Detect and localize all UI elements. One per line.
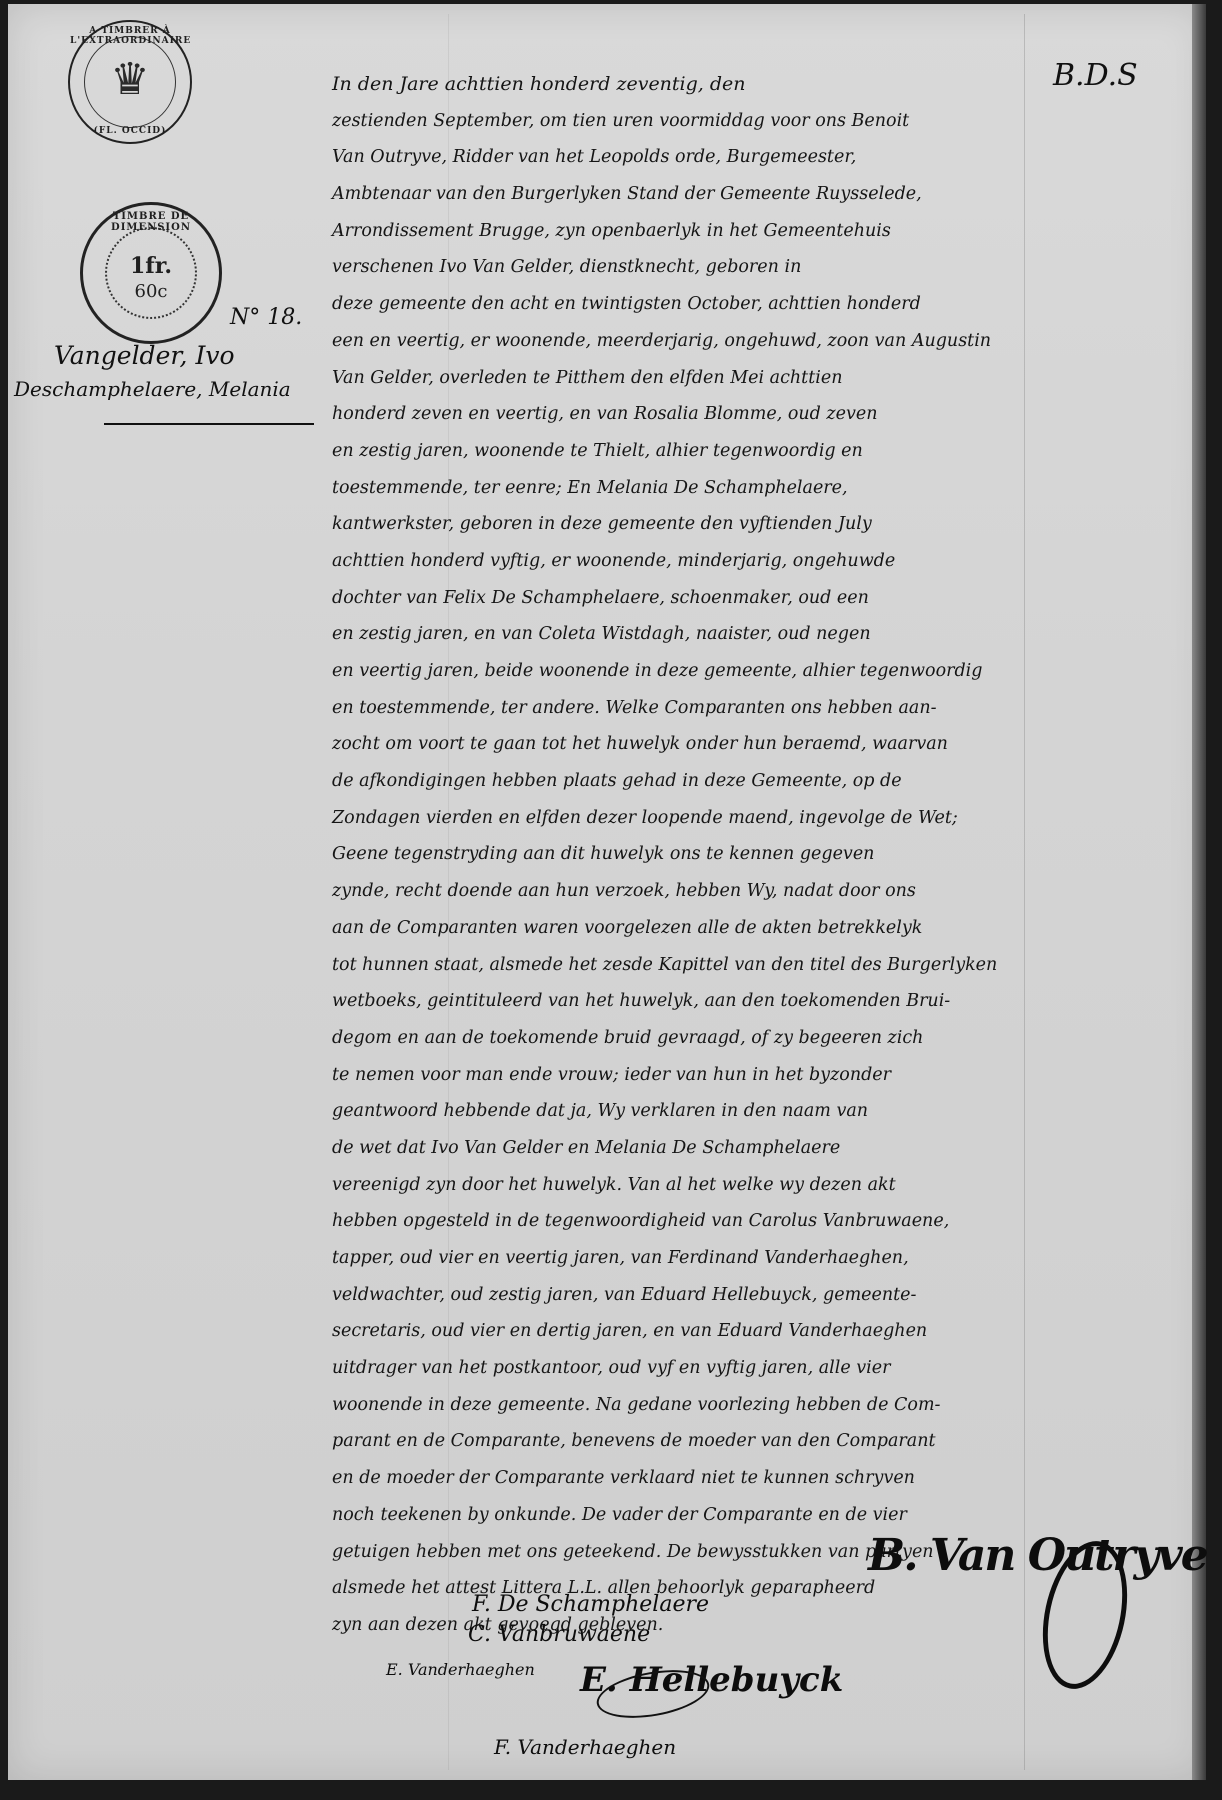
text-line: en toestemmende, ter andere. Welke Compa… — [332, 690, 1160, 727]
text-line: geantwoord hebbende dat ja, Wy verklaren… — [332, 1093, 1160, 1130]
text-line: zocht om voort te gaan tot het huwelyk o… — [332, 726, 1160, 763]
groom-name-index: Vangelder, Ivo — [54, 341, 235, 370]
text-line: Geene tegenstryding aan dit huwelyk ons … — [332, 836, 1160, 873]
text-line: Van Gelder, overleden te Pitthem den elf… — [332, 360, 1160, 397]
text-line: en veertig jaren, beide woonende in deze… — [332, 653, 1160, 690]
underline-divider — [104, 423, 314, 425]
signature-witness-f-vanderhaeghen: F. Vanderhaeghen — [494, 1735, 676, 1759]
text-line: vereenigd zyn door het huwelyk. Van al h… — [332, 1167, 1160, 1204]
text-line: Van Outryve, Ridder van het Leopolds ord… — [332, 139, 1160, 176]
text-line: Ambtenaar van den Burgerlyken Stand der … — [332, 176, 1160, 213]
tax-stamp-extraordinaire: A TIMBRER À L'EXTRAORDINAIRE ♛ (FL. OCCI… — [68, 20, 192, 144]
text-line: degom en aan de toekomende bruid gevraag… — [332, 1020, 1160, 1057]
text-line: wetboeks, geintituleerd van het huwelyk,… — [332, 983, 1160, 1020]
text-line: Zondagen vierden en elfden dezer loopend… — [332, 800, 1160, 837]
tax-stamp-dimension: TIMBRE DE DIMENSION 1fr. 60c — [80, 202, 222, 344]
stamp-arc-text: TIMBRE DE DIMENSION — [83, 211, 219, 233]
text-line: tot hunnen staat, alsmede het zesde Kapi… — [332, 947, 1160, 984]
signature-father-bride: F. De Schamphelaere — [472, 1592, 709, 1617]
text-line: en de moeder der Comparante verklaard ni… — [332, 1460, 1160, 1497]
text-line: deze gemeente den acht en twintigsten Oc… — [332, 286, 1160, 323]
text-line: dochter van Felix De Schamphelaere, scho… — [332, 580, 1160, 617]
text-line: parant en de Comparante, benevens de moe… — [332, 1423, 1160, 1460]
record-body-text: In den Jare achttien honderd zeventig, d… — [332, 66, 1160, 1644]
text-line: de afkondigingen hebben plaats gehad in … — [332, 763, 1160, 800]
stamp-arc-text: A TIMBRER À L'EXTRAORDINAIRE — [70, 26, 190, 46]
text-line: de wet dat Ivo Van Gelder en Melania De … — [332, 1130, 1160, 1167]
stamp-value-francs: 1fr. — [83, 253, 219, 279]
text-line: noch teekenen by onkunde. De vader der C… — [332, 1497, 1160, 1534]
text-line: Arrondissement Brugge, zyn openbaerlyk i… — [332, 213, 1160, 250]
stamp-value-centimes: 60c — [83, 281, 219, 302]
text-line: zestienden September, om tien uren voorm… — [332, 103, 1160, 140]
text-line: zyn aan dezen akt gevoegd gebleven. — [332, 1607, 1160, 1644]
page-edge — [1192, 4, 1206, 1780]
bride-name-index: Deschamphelaere, Melania — [14, 377, 291, 401]
signature-witness-vanbruwaene: C. Vanbruwaene — [468, 1622, 650, 1647]
text-line: kantwerkster, geboren in deze gemeente d… — [332, 506, 1160, 543]
text-line: In den Jare achttien honderd zeventig, d… — [332, 66, 1160, 103]
text-line: zynde, recht doende aan hun verzoek, heb… — [332, 873, 1160, 910]
text-line: veldwachter, oud zestig jaren, van Eduar… — [332, 1277, 1160, 1314]
text-line: verschenen Ivo Van Gelder, dienstknecht,… — [332, 249, 1160, 286]
signature-witness-e-vanderhaeghen: E. Vanderhaeghen — [386, 1660, 535, 1679]
text-line: en zestig jaren, en van Coleta Wistdagh,… — [332, 616, 1160, 653]
text-line: te nemen voor man ende vrouw; ieder van … — [332, 1057, 1160, 1094]
text-line: woonende in deze gemeente. Na gedane voo… — [332, 1387, 1160, 1424]
text-line: tapper, oud vier en veertig jaren, van F… — [332, 1240, 1160, 1277]
entry-number: N° 18. — [230, 305, 302, 330]
lion-crowned-icon: ♛ — [102, 52, 158, 108]
text-line: hebben opgesteld in de tegenwoordigheid … — [332, 1203, 1160, 1240]
text-line: toestemmende, ter eenre; En Melania De S… — [332, 470, 1160, 507]
text-line: achttien honderd vyftig, er woonende, mi… — [332, 543, 1160, 580]
text-line: een en veertig, er woonende, meerderjari… — [332, 323, 1160, 360]
text-line: en zestig jaren, woonende te Thielt, alh… — [332, 433, 1160, 470]
text-line: uitdrager van het postkantoor, oud vyf e… — [332, 1350, 1160, 1387]
text-line: aan de Comparanten waren voorgelezen all… — [332, 910, 1160, 947]
text-line: honderd zeven en veertig, en van Rosalia… — [332, 396, 1160, 433]
signature-mayor: B. Van Outryve — [868, 1530, 1207, 1581]
stamp-arc-bottom: (FL. OCCID) — [70, 126, 190, 136]
text-line: secretaris, oud vier en dertig jaren, en… — [332, 1313, 1160, 1350]
